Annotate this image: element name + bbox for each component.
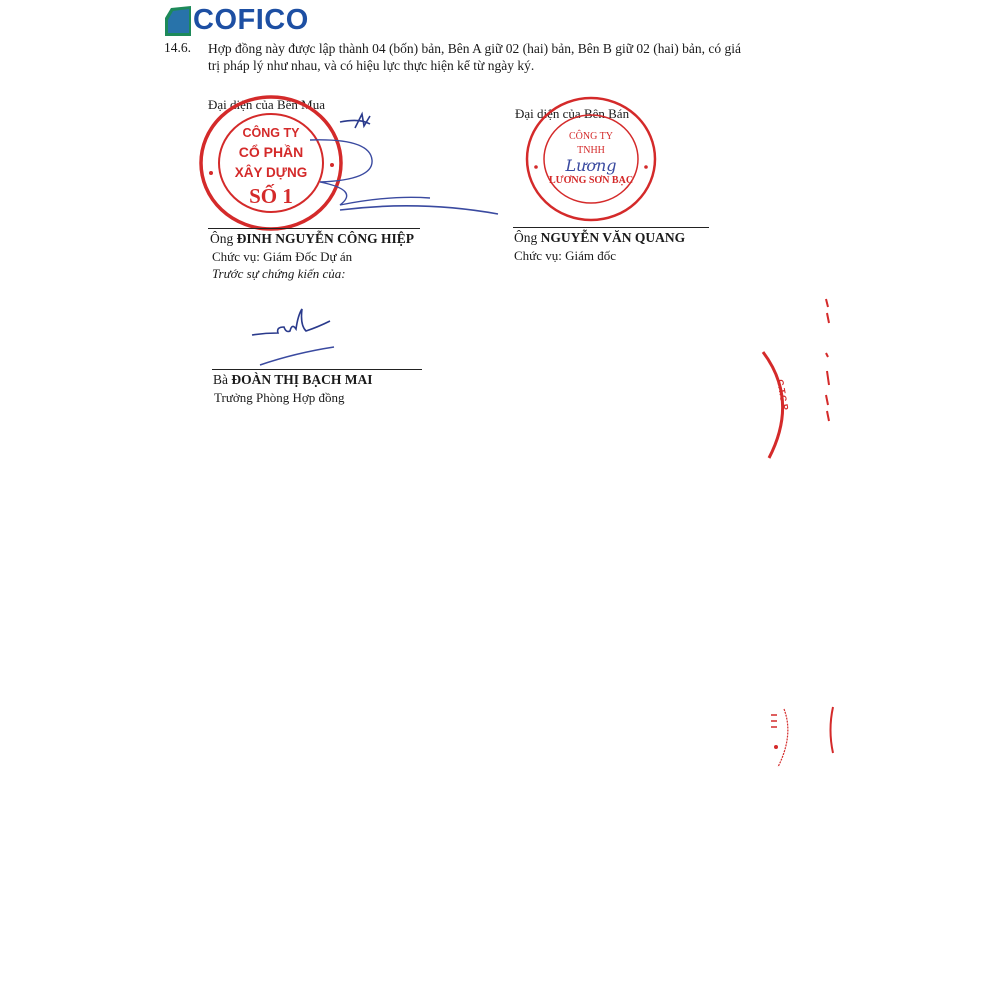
svg-text:CỔ PHẦN: CỔ PHẦN	[239, 143, 304, 160]
witness-name: Bà ĐOÀN THỊ BẠCH MAI	[213, 372, 373, 388]
logo-text: COFICO	[193, 4, 309, 37]
seller-title-prefix: Ông	[514, 230, 537, 245]
margin-stamp-edge	[826, 705, 836, 755]
seller-signature-line	[513, 227, 709, 228]
buyer-signature	[300, 110, 510, 220]
svg-text:XÂY DỰNG: XÂY DỰNG	[235, 165, 307, 180]
logo-mark-icon	[165, 6, 191, 36]
seller-position: Chức vụ: Giám đốc	[514, 248, 616, 264]
witness-title-prefix: Bà	[213, 372, 228, 387]
svg-text:Lương: Lương	[564, 156, 616, 175]
svg-text:SỐ 1: SỐ 1	[249, 184, 293, 208]
witness-name-text: ĐOÀN THỊ BẠCH MAI	[231, 372, 372, 387]
svg-text:CÔNG TY: CÔNG TY	[243, 125, 301, 140]
witness-label: Trước sự chứng kiến của:	[212, 266, 346, 282]
svg-text:TNHH: TNHH	[577, 145, 605, 156]
seller-company-stamp: CÔNG TY TNHH LƯƠNG SƠN BẠC Lương	[524, 95, 660, 225]
clause-text: Hợp đồng này được lập thành 04 (bốn) bản…	[208, 40, 753, 74]
witness-position: Trưởng Phòng Hợp đồng	[214, 390, 344, 406]
seller-name-text: NGUYỄN VĂN QUANG	[541, 230, 686, 245]
svg-text:C.T.C.P: C.T.C.P	[775, 379, 790, 411]
margin-stamp-marks	[822, 295, 836, 425]
company-logo: COFICO	[165, 4, 309, 37]
seller-name: Ông NGUYỄN VĂN QUANG	[514, 230, 685, 246]
margin-stamp-partial: C.T.C.P	[755, 350, 805, 460]
buyer-name-text: ĐINH NGUYỄN CÔNG HIỆP	[237, 231, 414, 246]
margin-stamp-partial-lower	[768, 705, 798, 770]
clause-number: 14.6.	[164, 40, 191, 56]
witness-signature-line	[212, 369, 422, 370]
svg-text:LƯƠNG SƠN BẠC: LƯƠNG SƠN BẠC	[549, 175, 633, 186]
buyer-name: Ông ĐINH NGUYỄN CÔNG HIỆP	[210, 231, 414, 247]
svg-text:CÔNG TY: CÔNG TY	[569, 130, 613, 142]
witness-signature	[240, 305, 350, 370]
buyer-signature-line	[208, 228, 420, 229]
buyer-position: Chức vụ: Giám Đốc Dự án	[212, 249, 352, 265]
buyer-title-prefix: Ông	[210, 231, 233, 246]
